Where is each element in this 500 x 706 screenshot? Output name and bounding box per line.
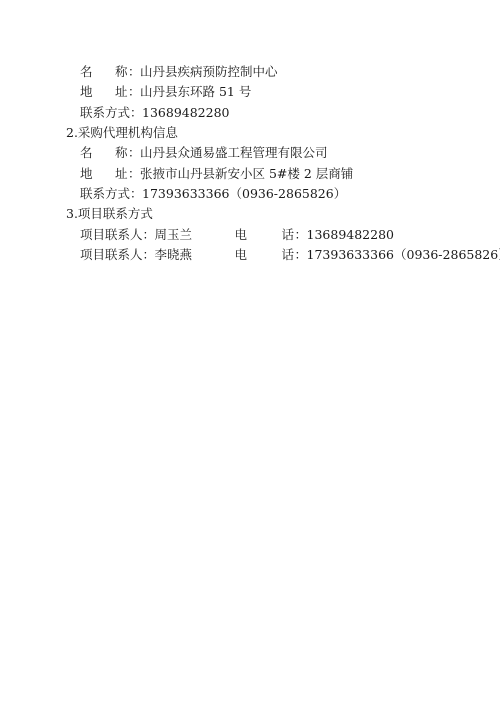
phone-label-b: 话 [282,225,295,245]
purchaser-name-value: 山丹县疾病预防控制中心 [140,64,278,79]
address-label-a: 地 [80,82,115,102]
agency-name-value: 山丹县众通易盛工程管理有限公司 [140,145,328,160]
contact-person-name: 周玉兰 [155,225,235,245]
colon: ： [130,184,142,204]
contact-person-name: 李晓燕 [155,245,235,265]
person-label: 项目联系人 [80,247,143,262]
colon: ： [130,103,142,123]
purchaser-contact-value: 13689482280 [142,105,229,120]
purchaser-contact-line: 联系方式：13689482280 [80,103,230,123]
colon: ： [128,164,140,184]
phone-label-b: 话 [282,245,295,265]
colon: ： [128,143,140,163]
name-label-a: 名 [80,143,115,163]
project-contact-heading: 3.项目联系方式 [66,204,153,224]
name-label-b: 称 [115,143,128,163]
name-label-b: 称 [115,62,128,82]
phone-label-a: 电 [235,225,282,245]
contact-phone: 17393633366（0936-2865826） [307,247,500,262]
address-label-b: 址 [115,82,128,102]
contact-phone: 13689482280 [307,227,394,242]
contact-label: 联系方式 [80,186,130,201]
agency-contact-line: 联系方式：17393633366（0936-2865826） [80,184,346,204]
agency-name-line: 名称：山丹县众通易盛工程管理有限公司 [80,143,328,163]
agency-address-line: 地址：张掖市山丹县新安小区 5#楼 2 层商铺 [80,164,353,184]
purchaser-address-value: 山丹县东环路 51 号 [140,84,251,99]
address-label-b: 址 [115,164,128,184]
person-label: 项目联系人 [80,227,143,242]
colon: ： [128,62,140,82]
address-label-a: 地 [80,164,115,184]
project-contact-row: 项目联系人：李晓燕电话：17393633366（0936-2865826） [80,245,500,265]
colon: ： [295,225,307,245]
name-label-a: 名 [80,62,115,82]
purchaser-address-line: 地址：山丹县东环路 51 号 [80,82,251,102]
project-contact-row: 项目联系人：周玉兰电话：13689482280 [80,225,394,245]
contact-label: 联系方式 [80,105,130,120]
agency-heading: 2.采购代理机构信息 [66,123,178,143]
agency-address-value: 张掖市山丹县新安小区 5#楼 2 层商铺 [140,166,353,181]
agency-contact-value: 17393633366（0936-2865826） [142,186,346,201]
document-page: 名称：山丹县疾病预防控制中心 地址：山丹县东环路 51 号 联系方式：13689… [0,0,500,706]
phone-label-a: 电 [235,245,282,265]
purchaser-name-line: 名称：山丹县疾病预防控制中心 [80,62,278,82]
colon: ： [128,82,140,102]
colon: ： [143,225,155,245]
colon: ： [143,245,155,265]
colon: ： [295,245,307,265]
